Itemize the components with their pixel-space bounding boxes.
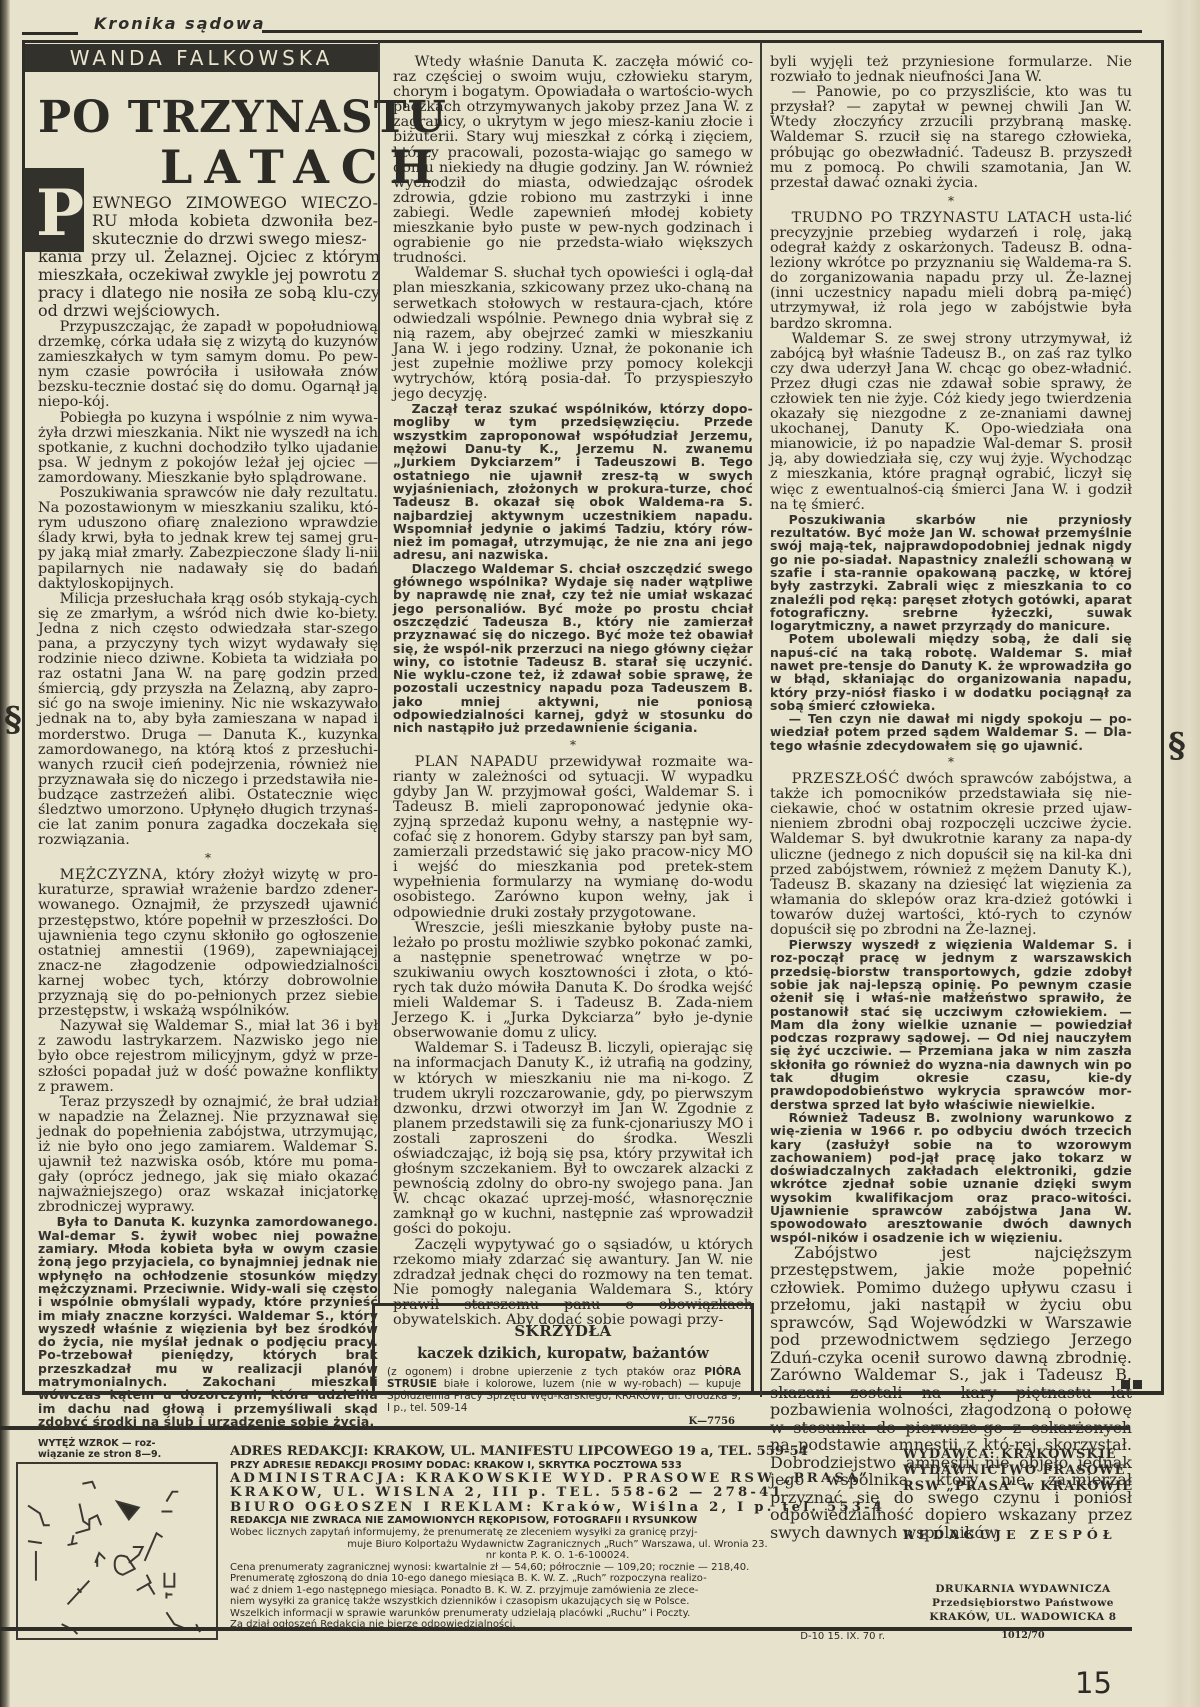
paragraph-lead-caps: PRZESZŁOŚĆ (792, 771, 900, 787)
article-paragraph: Pierwszy wyszedł z więzienia Waldemar S.… (770, 938, 1132, 1111)
masthead-line: REDAKCJA NIE ZWRACA NIE ZAMÓWIONYCH RĘKO… (230, 1515, 885, 1527)
section-mark-icon: § (1168, 726, 1186, 766)
article-paragraph: Poszukiwania skarbów nie przyniosły rezu… (770, 513, 1132, 633)
publisher-info: WYDAWCA: KRAKOWSKIE WYDAWNICTWO PRASOWE … (903, 1447, 1143, 1641)
masthead-line: muje Biuro Kolportażu Wydawnictw Zagrani… (230, 1539, 885, 1551)
printer-line: Przedsiębiorstwo Państwowe (903, 1596, 1143, 1610)
article-paragraph: — Panowie, po co przyszliście, kto was t… (770, 85, 1132, 191)
page-binding-edge (0, 0, 10, 1707)
section-separator-icon: * (393, 735, 753, 755)
article-paragraph: Waldemar S. i Tadeusz B. liczyli, opiera… (393, 1041, 753, 1237)
section-separator-icon: * (38, 848, 378, 868)
header-rule-left (22, 32, 78, 35)
paragraph-lead-caps: TRUDNO PO TRZYNASTU LATACH (792, 210, 1072, 226)
header-rule-right (262, 30, 1142, 33)
masthead-line: BIURO OGŁOSZEŃ I REKLAM: Kraków, Wiślna … (230, 1501, 885, 1516)
section-separator-icon: * (770, 191, 1132, 211)
masthead-line: Prenumeratę zgłoszoną do dnia 10-ego dan… (230, 1573, 885, 1585)
dropcap-letter: P (36, 186, 84, 242)
article-paragraph: MĘŻCZYZNA, który złożył wizytę w pro-kur… (38, 868, 378, 1019)
article-paragraph: Była to Danuta K. kuzynka zamordowanego.… (38, 1215, 378, 1428)
section-header: Kronika sądowa (22, 14, 1140, 34)
paragraph-lead-caps: MĘŻCZYZNA, (60, 867, 168, 883)
masthead-line: KRAKÓW, UL. WIŚLNA 2, III p. TEL. 558-62… (230, 1486, 885, 1501)
author-byline: WANDA FALKOWSKA (25, 44, 378, 72)
article-paragraph: TRUDNO PO TRZYNASTU LATACH usta-lić prec… (770, 211, 1132, 332)
article-paragraph: Waldemar S. ze swej strony utrzymywał, i… (770, 332, 1132, 513)
section-mark-icon: § (4, 700, 22, 740)
masthead-info: ADRES REDAKCJI: KRAKÓW, UL. MANIFESTU LI… (230, 1445, 885, 1642)
article-column-2: Wtedy właśnie Danuta K. zaczęła mówić co… (393, 55, 753, 1328)
section-separator-icon: * (770, 752, 1132, 772)
publisher-line: WYDAWNICTWO PRASOWE (903, 1463, 1143, 1479)
article-paragraph: Poszukiwania sprawców nie dały rezultatu… (38, 486, 378, 592)
headline-line-1: PO TRZYNASTU (38, 92, 447, 143)
column-divider-2 (760, 42, 762, 1397)
masthead-line: ADRES REDAKCJI: KRAKÓW, UL. MANIFESTU LI… (230, 1445, 885, 1460)
intro-text: EWNEGO ZIMOWEGO WIECZO-RU młoda kobieta … (92, 194, 378, 248)
ad-body-text: (z ogonem) i drobne upierzenie z tych pt… (387, 1366, 704, 1378)
article-paragraph: PRZESZŁOŚĆ dwóch sprawców zabójstwa, a t… (770, 772, 1132, 938)
print-code: 1012/70 (903, 1630, 1143, 1641)
puzzle-illustration (16, 1462, 218, 1640)
ad-body: (z ogonem) i drobne upierzenie z tych pt… (375, 1362, 751, 1414)
printer-line: KRAKÓW, UL. WADOWICKA 8 (903, 1610, 1143, 1624)
masthead-line: D-10 15. IX. 70 r. (230, 1631, 885, 1643)
ad-body-text: białe i kolorowe, luzem (nie w wy-robach… (387, 1378, 741, 1414)
masthead-line: Cena prenumeraty zagranicznej wynosi: kw… (230, 1562, 885, 1574)
article-paragraph: Wtedy właśnie Danuta K. zaczęła mówić co… (393, 55, 753, 266)
masthead-line: Wszelkich informacji w sprawie warunków … (230, 1608, 885, 1620)
ad-subtitle: kaczek dzikich, kuropatw, bażantów (375, 1345, 751, 1362)
puzzle-sketch-icon (18, 1464, 216, 1638)
masthead-line: ADMINISTRACJA: KRAKOWSKIE WYD. PRASOWE R… (230, 1472, 885, 1487)
printer-info: DRUKARNIA WYDAWNICZA Przedsiębiorstwo Pa… (903, 1582, 1143, 1624)
advertisement: SKRZYDŁA kaczek dzikich, kuropatw, bażan… (372, 1303, 754, 1395)
masthead-line: PRZY ADRESIE REDAKCJI PROSIMY DODAĆ: KRA… (230, 1460, 885, 1472)
footer-rule-bottom (0, 1627, 1132, 1631)
article-paragraph: Wreszcie, jeśli mieszkanie byłoby puste … (393, 921, 753, 1042)
section-label: Kronika sądowa (94, 14, 266, 33)
article-paragraph: Teraz przyszedł by oznajmić, że brał udz… (38, 1095, 378, 1216)
article-column-3: byli wyjęli też przyniesione formularze.… (770, 55, 1132, 1541)
article-paragraph: Przypuszczając, że zapadł w popołudniową… (38, 320, 378, 411)
article-paragraph: PLAN NAPADU przewidywał rozmaite wa-rian… (393, 755, 753, 921)
masthead-line: niem wysyłki za granicę także wszystkich… (230, 1596, 885, 1608)
article-paragraph: Pobiegła po kuzyna i wspólnie z nim wywa… (38, 411, 378, 486)
article-paragraph: Potem ubolewali między sobą, że dali się… (770, 632, 1132, 712)
masthead-line: Wobec licznych zapytań informujemy, że p… (230, 1527, 885, 1539)
article-paragraph: Milicja przesłuchała krąg osób stykają-c… (38, 592, 378, 849)
article-column-1: Przypuszczając, że zapadł w popołudniową… (38, 320, 378, 1428)
paragraph-lead-caps: PLAN NAPADU (415, 754, 539, 770)
intro-text-continued: kania przy ul. Żelaznej. Ojciec z którym… (38, 248, 380, 320)
footer-rule-top (0, 1426, 1130, 1430)
page-number: 15 (1075, 1666, 1112, 1700)
masthead-line: wać z dniem 1-ego następnego miesiąca. P… (230, 1585, 885, 1597)
article-end-marks-icon (1118, 1380, 1142, 1392)
printer-line: DRUKARNIA WYDAWNICZA (903, 1582, 1143, 1596)
page-right-edge (1164, 0, 1200, 1707)
column-divider-1 (378, 42, 380, 1304)
article-paragraph: Waldemar S. słuchał tych opowieści i ogl… (393, 266, 753, 402)
puzzle-caption: WYTĘŻ WZROK — roz-wiązanie ze stron 8—9. (38, 1438, 198, 1460)
article-paragraph: Zaczął teraz szukać wspólników, którzy d… (393, 402, 753, 562)
article-paragraph: Nazywał się Waldemar S., miał lat 36 i b… (38, 1019, 378, 1094)
ad-title: SKRZYDŁA (375, 1322, 751, 1340)
publisher-line: WYDAWCA: KRAKOWSKIE (903, 1447, 1143, 1463)
article-paragraph: — Ten czyn nie dawał mi nigdy spokoju — … (770, 712, 1132, 752)
editorial-team: REDAGUJE ZESPÓŁ (903, 1527, 1143, 1542)
article-paragraph: Również Tadeusz B. zwolniony warunkowo z… (770, 1111, 1132, 1244)
masthead-line: nr konta P. K. O. 1-6-100024. (230, 1550, 885, 1562)
article-paragraph: Dlaczego Waldemar S. chciał oszczędzić s… (393, 562, 753, 735)
publisher-line: RSW „PRASA” w KRAKOWIE (903, 1479, 1143, 1495)
article-paragraph: byli wyjęli też przyniesione formularze.… (770, 55, 1132, 85)
